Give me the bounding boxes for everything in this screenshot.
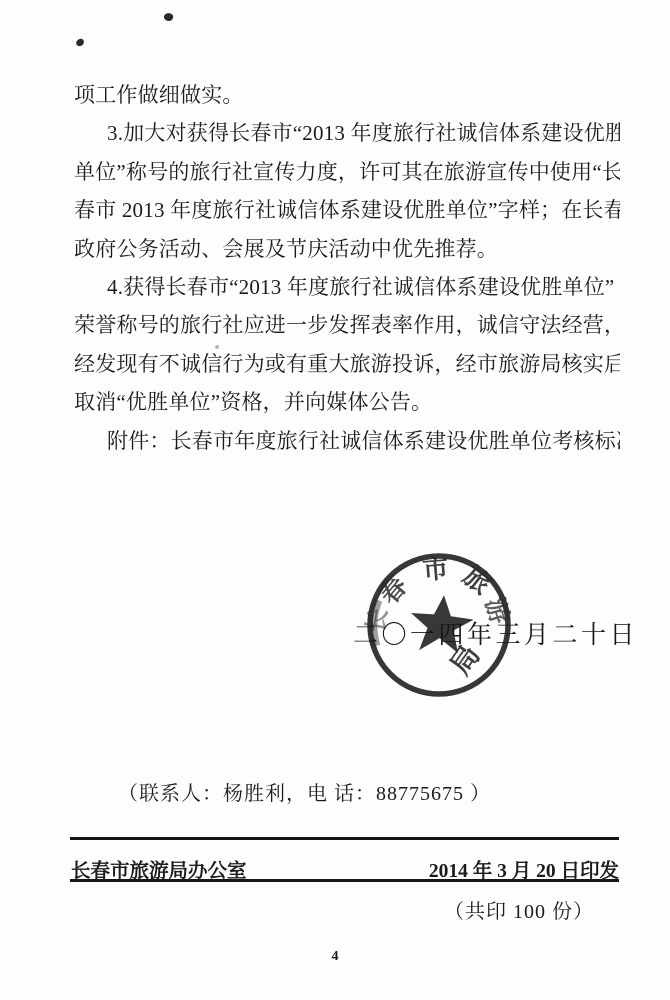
document-page: 项工作做细做实。 3.加大对获得长春市“2013 年度旅行社诚信体系建设优胜 单… bbox=[0, 0, 670, 1000]
body-line: 经发现有不诚信行为或有重大旅游投诉，经市旅游局核实后即 bbox=[74, 345, 620, 383]
footer-bottom-rule bbox=[70, 879, 619, 882]
body-line: 项工作做细做实。 bbox=[74, 76, 620, 114]
copies-count: （共印 100 份） bbox=[70, 895, 594, 924]
ink-speck bbox=[75, 38, 85, 47]
body-line: 荣誉称号的旅行社应进一步发挥表率作用，诚信守法经营，一 bbox=[74, 306, 620, 344]
document-body: 项工作做细做实。 3.加大对获得长春市“2013 年度旅行社诚信体系建设优胜 单… bbox=[74, 76, 620, 460]
ink-speck bbox=[163, 11, 175, 22]
attachment-line: 附件：长春市年度旅行社诚信体系建设优胜单位考核标准 bbox=[74, 422, 620, 460]
seal-char: 市 bbox=[421, 554, 449, 585]
page-number: 4 bbox=[0, 949, 670, 965]
seal-char: 旅 bbox=[458, 561, 496, 600]
contact-line: （联系人：杨胜利，电 话：88775675 ） bbox=[118, 777, 491, 806]
body-line: 3.加大对获得长春市“2013 年度旅行社诚信体系建设优胜 bbox=[74, 114, 620, 152]
body-line: 取消“优胜单位”资格，并向媒体公告。 bbox=[74, 383, 620, 421]
footer-top-rule bbox=[70, 837, 619, 840]
document-date: 二〇一四年三月二十日 bbox=[353, 615, 638, 651]
body-line: 春市 2013 年度旅行社诚信体系建设优胜单位”字样；在长春市 bbox=[74, 191, 620, 229]
body-line: 单位”称号的旅行社宣传力度，许可其在旅游宣传中使用“长 bbox=[74, 153, 620, 191]
body-line: 政府公务活动、会展及节庆活动中优先推荐。 bbox=[74, 230, 620, 268]
body-line: 4.获得长春市“2013 年度旅行社诚信体系建设优胜单位” bbox=[74, 268, 620, 306]
